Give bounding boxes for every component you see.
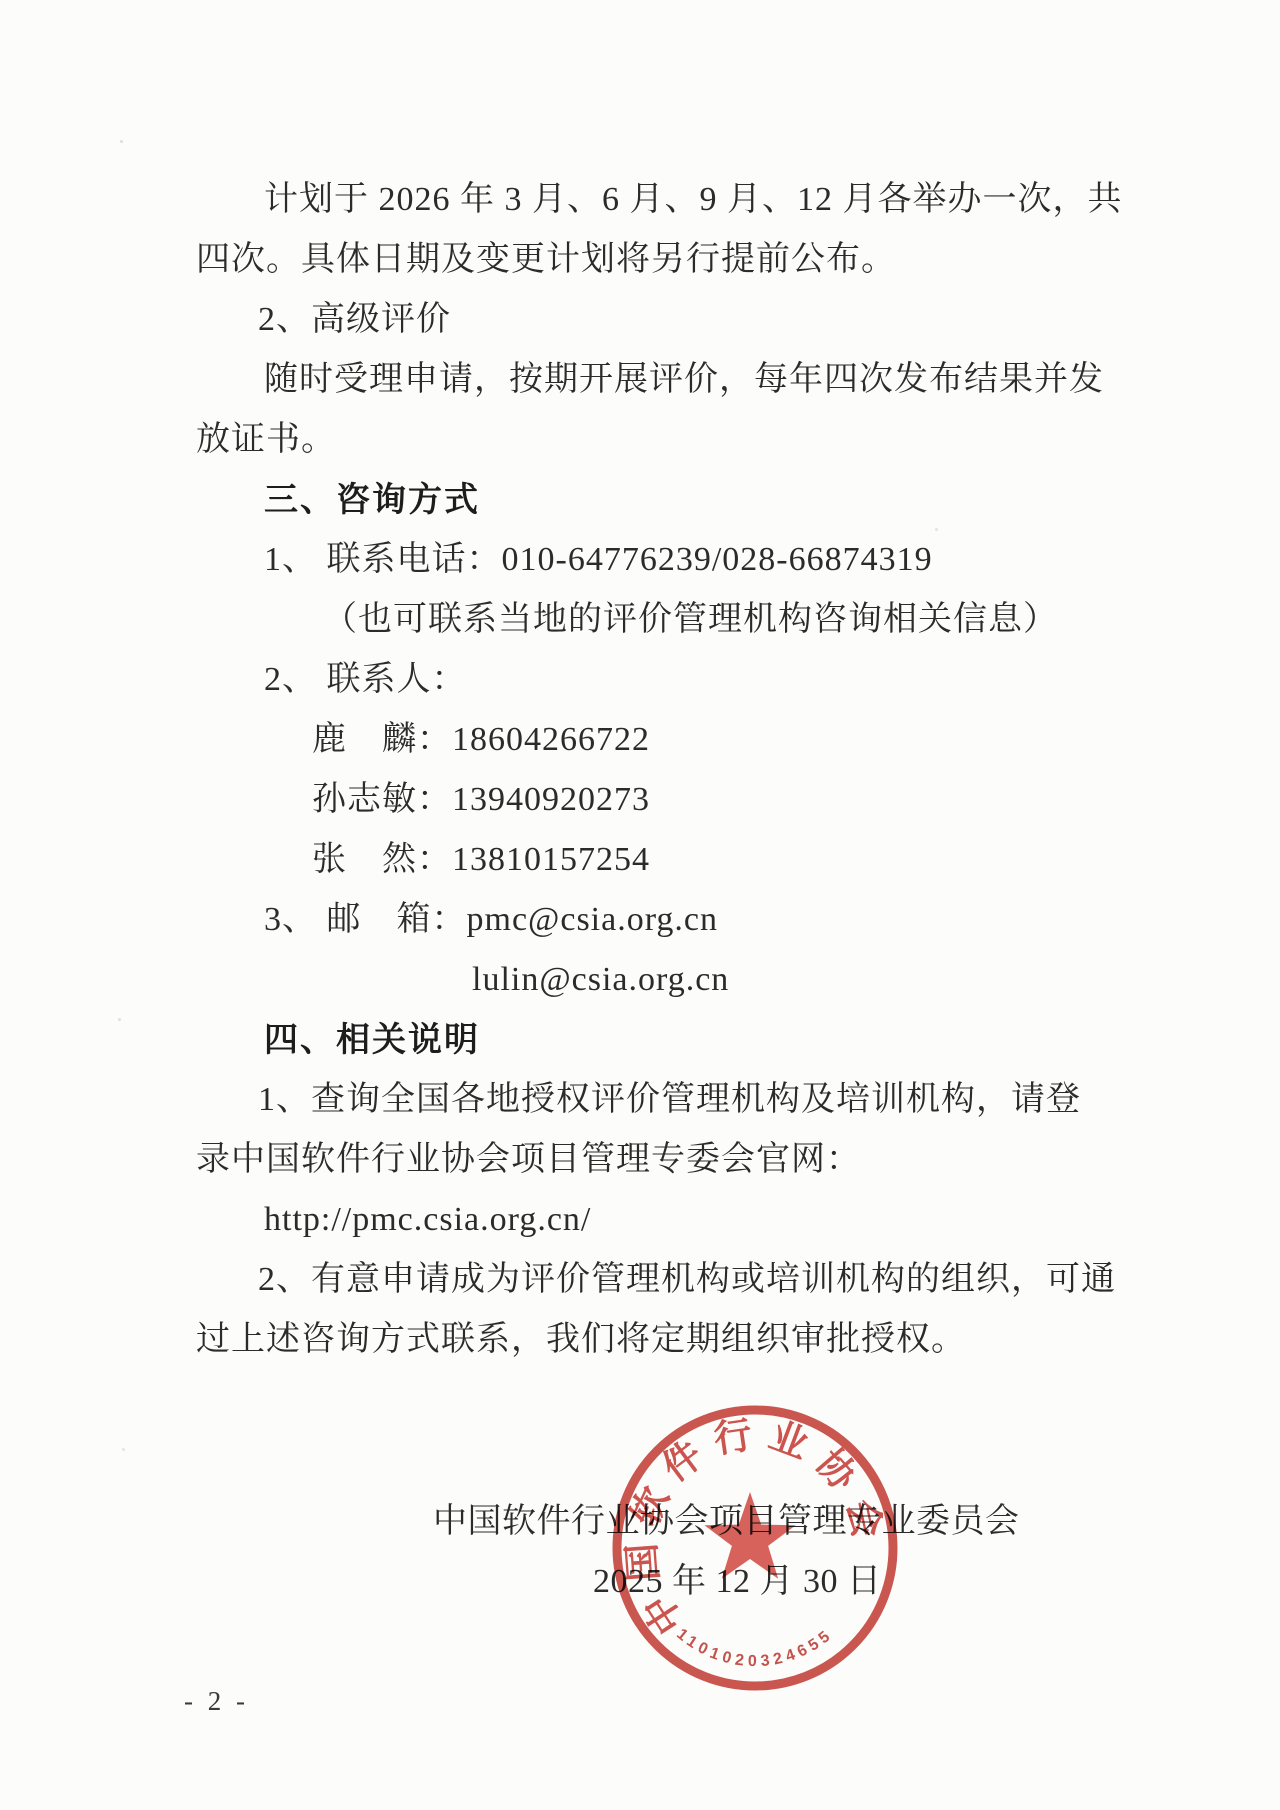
text-line-11: 孙志敏：13940920273 xyxy=(312,770,1096,830)
text-line-9: 2、 联系人： xyxy=(264,650,1096,710)
seal-ring xyxy=(617,1410,893,1686)
text-line-14: lulin@csia.org.cn xyxy=(472,950,1096,1010)
text-line-17: 录中国软件行业协会项目管理专委会官网： xyxy=(196,1130,1096,1190)
signature-org: 中国软件行业协会项目管理专业委员会 xyxy=(433,1498,1020,1546)
text-line-5: 放证书。 xyxy=(196,410,1096,470)
text-line-12: 张 然：13810157254 xyxy=(312,830,1096,890)
text-line-6: 三、咨询方式 xyxy=(264,470,1096,530)
text-line-8: （也可联系当地的评价管理机构咨询相关信息） xyxy=(323,590,1096,650)
text-line-3: 2、高级评价 xyxy=(258,290,1096,350)
text-line-1: 计划于 2026 年 3 月、6 月、9 月、12 月各举办一次，共 xyxy=(264,170,1096,230)
svg-text:1101020324655: 1101020324655 xyxy=(673,1626,837,1670)
seal-code: 1101020324655 xyxy=(673,1626,837,1670)
document-body: 计划于 2026 年 3 月、6 月、9 月、12 月各举办一次，共四次。具体日… xyxy=(196,170,1096,1370)
official-seal: 中国软件行业协会 1101020324655 xyxy=(590,1383,920,1713)
text-line-10: 鹿 麟：18604266722 xyxy=(312,710,1096,770)
page-number: - 2 - xyxy=(184,1686,249,1717)
text-line-7: 1、 联系电话：010-64776239/028-66874319 xyxy=(264,530,1096,590)
text-line-13: 3、 邮 箱：pmc@csia.org.cn xyxy=(264,890,1096,950)
text-line-2: 四次。具体日期及变更计划将另行提前公布。 xyxy=(196,230,1096,290)
document-page: 计划于 2026 年 3 月、6 月、9 月、12 月各举办一次，共四次。具体日… xyxy=(0,0,1280,1810)
text-line-19: 2、有意申请成为评价管理机构或培训机构的组织，可通 xyxy=(258,1250,1096,1310)
text-line-16: 1、查询全国各地授权评价管理机构及培训机构，请登 xyxy=(258,1070,1096,1130)
text-line-15: 四、相关说明 xyxy=(264,1010,1096,1070)
text-line-20: 过上述咨询方式联系，我们将定期组织审批授权。 xyxy=(196,1310,1096,1370)
text-line-4: 随时受理申请，按期开展评价，每年四次发布结果并发 xyxy=(264,350,1096,410)
signature-date: 2025 年 12 月 30 日 xyxy=(593,1558,882,1606)
text-line-18: http://pmc.csia.org.cn/ xyxy=(264,1190,1096,1250)
scan-specks xyxy=(120,140,123,143)
